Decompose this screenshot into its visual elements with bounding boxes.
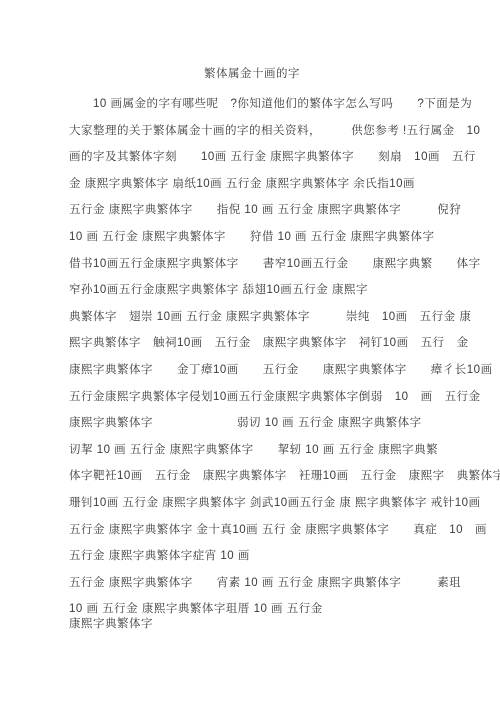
text-line: 10 画 五行金 康熙字典繁体字 狩借 10 画 五行金 康熙字典繁体字 [69, 224, 435, 251]
text-line: 典繁体字 翅崇 10画 五行金 康熙字典繁体字 崇纯 10画 五行金 康 [69, 304, 435, 331]
page-title: 繁体属金十画的字 [69, 62, 435, 91]
text-line: 珊钊10画 五行金 康熙字典繁体字 剑武10画五行金 康 熙字典繁体字 戒针10… [69, 490, 435, 517]
text-line: 借书10画五行金康熙字典繁体字 書窄10画五行金 康熙字典繁 体字 [69, 251, 435, 278]
text-line: 五行金康熙字典繁体字侵划10画五行金康熙字典繁体字倒弱 10 画 五行金 [69, 384, 435, 411]
text-line: 10 画属金的字有哪些呢 ?你知道他们的繁体字怎么写吗 ?下面是为 [69, 91, 435, 118]
text-line: 五行金 康熙字典繁体字症宵 10 画 [69, 543, 435, 570]
text-line: 康熙字典繁体字 金丁瘴10画 五行金 康熙字典繁体字 瘴彳长10画 [69, 357, 435, 384]
text-line: 金 康熙字典繁体字 扇纸10画 五行金 康熙字典繁体字 余氏指10画 [69, 171, 435, 198]
text-line: 画的字及其繁体字刻 10画 五行金 康熙字典繁体字 刻扇 10画 五行 [69, 144, 435, 171]
text-line: 五行金 康熙字典繁体字 指倪 10 画 五行金 康熙字典繁体字 倪狩 [69, 197, 435, 224]
text-line: 大家整理的关于繁体属金十画的字的相关资料， 供您参考 !五行属金 10 [69, 118, 435, 145]
document-body: 繁体属金十画的字 10 画属金的字有哪些呢 ?你知道他们的繁体字怎么写吗 ?下面… [69, 62, 435, 634]
document-page: 繁体属金十画的字 10 画属金的字有哪些呢 ?你知道他们的繁体字怎么写吗 ?下面… [0, 0, 500, 708]
text-line: 讱挈 10 画 五行金 康熙字典繁体字 挈轫 10 画 五行金 康熙字典繁 [69, 437, 435, 464]
text-line: 窄孙10画五行金康熙字典繁体字 舔翅10画五行金 康熙字 [69, 277, 435, 304]
text-line: 五行金 康熙字典繁体字 宵素 10 画 五行金 康熙字典繁体字 素珇 [69, 570, 435, 597]
text-line: 康熙字典繁体字 弱讱 10 画 五行金 康熙字典繁体字 [69, 410, 435, 437]
text-line: 体字靶衽10画 五行金 康熙字典繁体字 衽珊10画 五行金 康熙字 典繁体字 [69, 463, 435, 490]
text-line: 熙字典繁体字 触祠10画 五行金 康熙字典繁体字 祠钉10画 五行 金 [69, 330, 435, 357]
text-line: 五行金 康熙字典繁体字 金十真10画 五行 金 康熙字典繁体字 真症 10 画 [69, 517, 435, 544]
